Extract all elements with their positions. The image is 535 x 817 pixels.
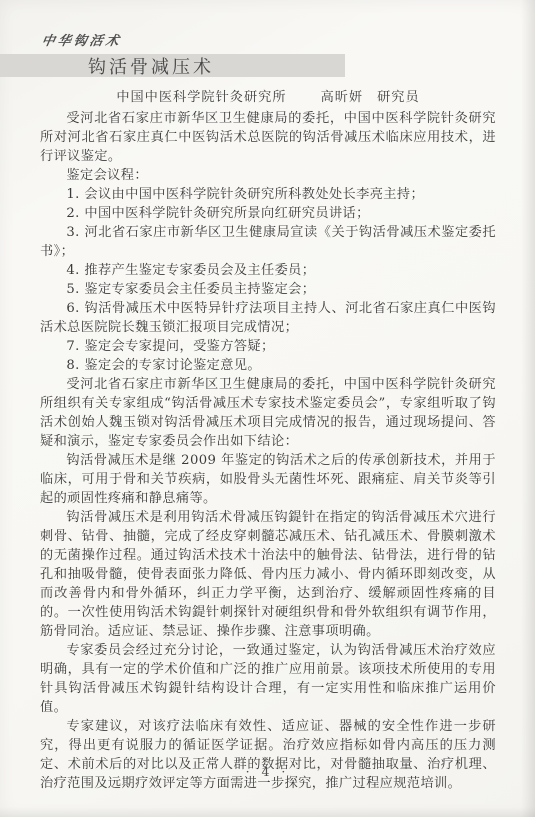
agenda-item-3: 3. 河北省石家庄市新华区卫生健康局宣读《关于钩活骨减压术鉴定委托书》； [40,223,496,261]
paragraph-appraisal-conclusion: 专家委员会经过充分讨论，一致通过鉴定，认为钩活骨减压术治疗效应明确，具有一定的学… [40,641,496,717]
scan-edge-shadow-right [521,0,535,817]
paragraph-expert-suggestion: 专家建议，对该疗法临床有效性、适应证、器械的安全性作进一步研究，得出更有说服力的… [40,717,496,793]
agenda-item-5: 5. 鉴定专家委员会主任委员主持鉴定会； [40,280,496,299]
byline-author-name: 高昕妍 [321,88,364,107]
agenda-item-6: 6. 钩活骨减压术中医特异针疗法项目主持人、河北省石家庄真仁中医钩活术总医院院长… [40,299,496,337]
byline-organization: 中国中医科学院针灸研究所 [116,88,286,107]
scan-edge-shadow-bottom [0,807,535,817]
scanned-document-page: 中华钩活术 钩活骨减压术 中国中医科学院针灸研究所 高昕妍 研究员 受河北省石家… [0,0,535,817]
series-handwritten-header: 中华钩活术 [40,30,123,49]
paragraph-expert-committee: 受河北省石家庄市新华区卫生健康局的委托，中国中医科学院针灸研究所组织有关专家组成… [40,375,496,451]
paragraph-heritage-innovation: 钩活骨减压术是继 2009 年鉴定的钩活术之后的传承创新技术，并用于临床，可用于… [40,451,496,508]
agenda-heading: 鉴定会议程： [40,166,496,185]
paragraph-commission-intro: 受河北省石家庄市新华区卫生健康局的委托，中国中医科学院针灸研究所对河北省石家庄真… [40,109,496,166]
agenda-item-1: 1. 会议由中国中医科学院针灸研究所科教处处长李亮主持； [40,185,496,204]
document-body: 中国中医科学院针灸研究所 高昕妍 研究员 受河北省石家庄市新华区卫生健康局的委托… [40,88,496,793]
byline-author-title: 研究员 [377,88,420,107]
chapter-title-bar: 钩活骨减压术 [0,54,345,77]
agenda-item-8: 8. 鉴定会的专家讨论鉴定意见。 [40,356,496,375]
byline: 中国中医科学院针灸研究所 高昕妍 研究员 [40,88,496,107]
agenda-item-7: 7. 鉴定会专家提问，受鉴方答疑； [40,337,496,356]
agenda-item-4: 4. 推荐产生鉴定专家委员会及主任委员； [40,261,496,280]
agenda-item-2: 2. 中国中医科学院针灸研究所景向红研究员讲话； [40,204,496,223]
page-number: · 4 · [0,764,535,779]
chapter-title: 钩活骨减压术 [0,53,214,79]
paragraph-technique-description: 钩活骨减压术是利用钩活术骨减压钩鍉针在指定的钩活骨减压术穴进行刺骨、钻骨、抽髓，… [40,508,496,641]
